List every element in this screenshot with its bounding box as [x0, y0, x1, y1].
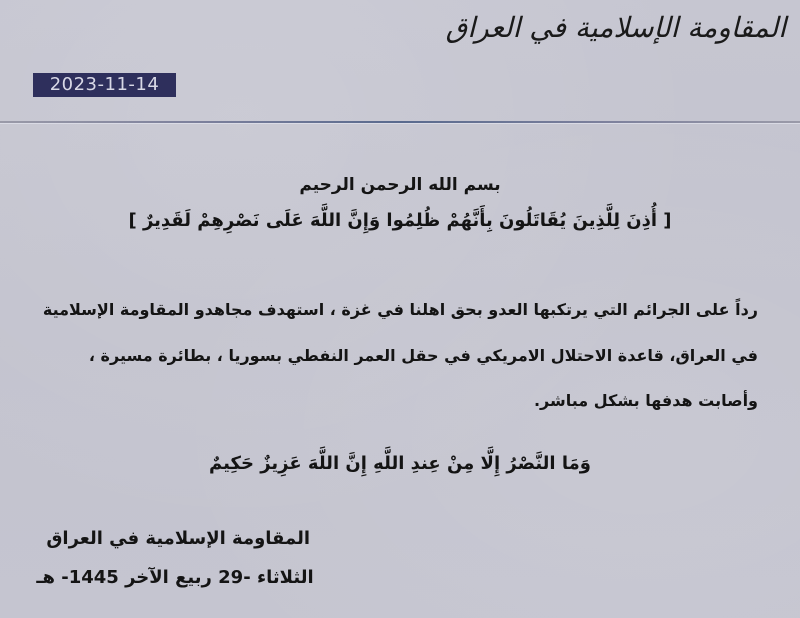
basmala-heading: بسم الله الرحمن الرحيم: [0, 174, 800, 196]
opening-verse: [ أُذِنَ لِلَّذِينَ يُقَاتَلُونَ بِأَنَّ…: [0, 209, 800, 233]
statement-body-line-3: وأصابت هدفها بشكل مباشر.: [534, 391, 758, 411]
closing-verse: وَمَا النَّصْرُ إِلَّا مِنْ عِندِ اللَّه…: [0, 452, 800, 476]
hijri-date: الثلاثاء -29 ربيع الآخر 1445- هـ: [35, 566, 315, 590]
signature: المقاومة الإسلامية في العراق: [60, 527, 310, 551]
organization-logo-text: المقاومة الإسلامية في العراق: [536, 8, 786, 48]
statement-body-line-2: في العراق، قاعدة الاحتلال الامريكي في حق…: [89, 346, 758, 366]
statement-body-line-1: رداً على الجرائم التي يرتكبها العدو بحق …: [43, 300, 758, 320]
header-divider-highlight: [0, 123, 800, 124]
date-badge: 2023-11-14: [33, 73, 176, 97]
